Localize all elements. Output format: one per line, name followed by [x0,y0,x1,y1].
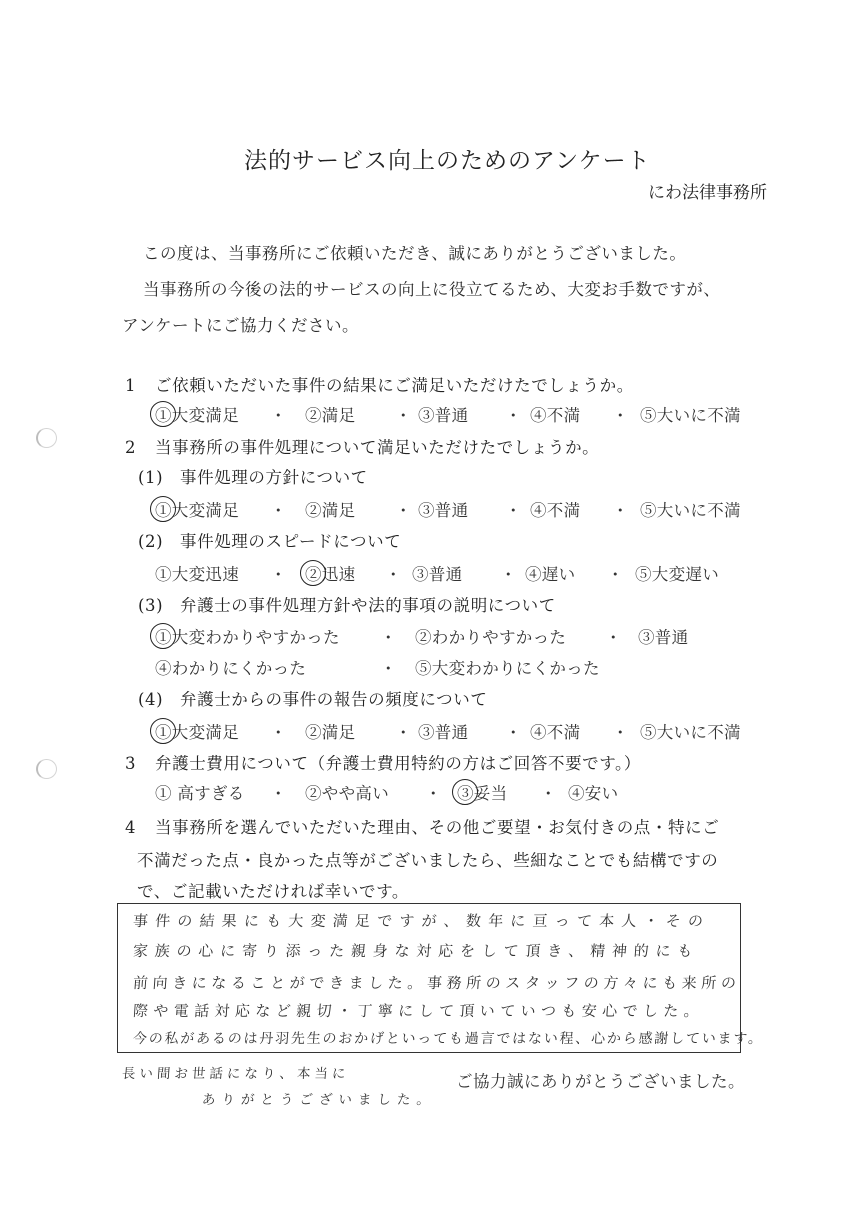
separator: ・ [540,780,557,804]
handwritten-comment-line-4: 際や電話対応など親切・丁寧にして頂いていつも安心でした。 [132,1000,705,1021]
handwritten-comment-line-5: 今の私があるのは丹羽先生のおかげといっても過言ではない程、心から感謝しています。 [132,1028,764,1048]
q2-4-option-5[interactable]: ⑤大いに不満 [640,719,741,743]
q1-option-1[interactable]: ①大変満足 [155,402,239,426]
intro-line-1: この度は、当事務所にご依頼いただき、誠にありがとうございました。 [143,240,686,264]
q3-option-4[interactable]: ④安い [568,780,618,804]
survey-title: 法的サービス向上のためのアンケート [244,142,651,175]
q2-1-option-5[interactable]: ⑤大いに不満 [640,497,741,521]
question-number: 4 [125,818,155,837]
law-firm-name: にわ法律事務所 [648,178,767,203]
separator: ・ [380,655,397,679]
handwritten-comment-line-1: 事件の結果にも大変満足ですが、数年に亘って本人・その [132,910,711,931]
q3-option-1[interactable]: ① 高すぎる [155,780,245,804]
q2-2-option-3[interactable]: ③普通 [412,561,462,585]
question-number: 1 [125,376,155,395]
separator: ・ [270,561,287,585]
intro-line-3: アンケートにご協力ください。 [122,312,359,336]
question-2: 2当事務所の事件処理について満足いただけたでしょうか。 [125,434,599,458]
q2-4-option-1[interactable]: ①大変満足 [155,719,239,743]
question-number: 3 [125,754,155,773]
q2-4-option-4[interactable]: ④不満 [530,719,580,743]
q2-3-option-5[interactable]: ⑤大変わかりにくかった [415,655,600,679]
q2-1-option-1[interactable]: ①大変満足 [155,497,239,521]
question-number: 2 [125,438,155,457]
separator: ・ [270,719,287,743]
handwritten-closing-line-2: ありがとうございました。 [201,1088,436,1108]
separator: ・ [270,497,287,521]
question-1: 1ご依頼いただいた事件の結果にご満足いただけたでしょうか。 [125,372,634,396]
separator: ・ [270,402,287,426]
q2-3-options-row-2: ④わかりにくかった ・ ⑤大変わかりにくかった [0,655,858,679]
separator: ・ [500,561,517,585]
subquestion-2-4: (4)弁護士からの事件の報告の頻度について [138,686,487,710]
handwritten-comment-line-2: 家族の心に寄り添った親身な対応をして頂き、精神的にも [132,940,700,961]
q2-2-option-1[interactable]: ①大変迅速 [155,561,239,585]
q2-3-option-4[interactable]: ④わかりにくかった [155,655,306,679]
question-text: 弁護士費用について（弁護士費用特約の方はご回答不要です。） [155,754,641,773]
q2-3-options-row-1: ①大変わかりやすかった ・ ②わかりやすかった ・ ③普通 [0,624,858,648]
q2-2-option-5[interactable]: ⑤大変遅い [635,561,719,585]
question-3: 3弁護士費用について（弁護士費用特約の方はご回答不要です。） [125,750,641,774]
question-4: 4当事務所を選んでいただいた理由、その他ご要望・お気付きの点・特にご [125,814,719,838]
separator: ・ [612,497,629,521]
q2-2-options: ①大変迅速 ・ ②迅速 ・ ③普通 ・ ④遅い ・ ⑤大変遅い [0,561,858,585]
separator: ・ [607,561,624,585]
question-4-line-3: で、ご記載いただければ幸いです。 [137,878,409,902]
separator: ・ [505,402,522,426]
q2-3-option-3[interactable]: ③普通 [638,624,688,648]
separator: ・ [425,780,442,804]
closing-thanks: ご協力誠にありがとうございました。 [456,1068,745,1092]
q2-2-option-4[interactable]: ④遅い [525,561,575,585]
subquestion-2-1: (1)事件処理の方針について [138,464,368,488]
q3-option-2[interactable]: ②やや高い [305,780,389,804]
q2-4-option-2[interactable]: ②満足 [305,719,355,743]
punch-hole-top [36,428,57,448]
q2-2-option-2[interactable]: ②迅速 [305,561,355,585]
subquestion-2-3: (3)弁護士の事件処理方針や法的事項の説明について [138,592,556,616]
separator: ・ [270,780,287,804]
separator: ・ [612,719,629,743]
q2-4-options: ①大変満足 ・ ②満足 ・ ③普通 ・ ④不満 ・ ⑤大いに不満 [0,719,858,743]
question-text-line-1: 当事務所を選んでいただいた理由、その他ご要望・お気付きの点・特にご [155,818,719,837]
intro-line-2: 当事務所の今後の法的サービスの向上に役立てるため、大変お手数ですが、 [143,276,720,300]
q2-4-option-3[interactable]: ③普通 [418,719,468,743]
question-text: 当事務所の事件処理について満足いただけたでしょうか。 [155,438,599,457]
subquestion-2-2: (2)事件処理のスピードについて [138,528,401,552]
question-text: ご依頼いただいた事件の結果にご満足いただけたでしょうか。 [155,376,634,395]
q3-option-3[interactable]: ③妥当 [457,780,507,804]
q1-option-4[interactable]: ④不満 [530,402,580,426]
separator: ・ [605,624,622,648]
separator: ・ [505,719,522,743]
separator: ・ [612,402,629,426]
q2-1-option-2[interactable]: ②満足 [305,497,355,521]
q1-options: ①大変満足 ・ ②満足 ・ ③普通 ・ ④不満 ・ ⑤大いに不満 [0,402,858,426]
q2-3-option-1[interactable]: ①大変わかりやすかった [155,624,340,648]
q2-1-option-4[interactable]: ④不満 [530,497,580,521]
question-4-line-2: 不満だった点・良かった点等がございましたら、些細なことでも結構ですの [137,847,718,871]
q2-1-options: ①大変満足 ・ ②満足 ・ ③普通 ・ ④不満 ・ ⑤大いに不満 [0,497,858,521]
q2-1-option-3[interactable]: ③普通 [418,497,468,521]
separator: ・ [385,561,402,585]
separator: ・ [395,719,412,743]
separator: ・ [395,497,412,521]
q1-option-5[interactable]: ⑤大いに不満 [640,402,741,426]
separator: ・ [395,402,412,426]
handwritten-comment-line-3: 前向きになることができました。事務所のスタッフの方々にも来所の [132,972,741,993]
separator: ・ [380,624,397,648]
q1-option-2[interactable]: ②満足 [305,402,355,426]
q1-option-3[interactable]: ③普通 [418,402,468,426]
q3-options: ① 高すぎる ・ ②やや高い ・ ③妥当 ・ ④安い [0,780,858,804]
handwritten-closing-line-1: 長い間お世話になり、本当に [121,1062,350,1082]
q2-3-option-2[interactable]: ②わかりやすかった [415,624,566,648]
punch-hole-bottom [36,759,57,779]
separator: ・ [505,497,522,521]
